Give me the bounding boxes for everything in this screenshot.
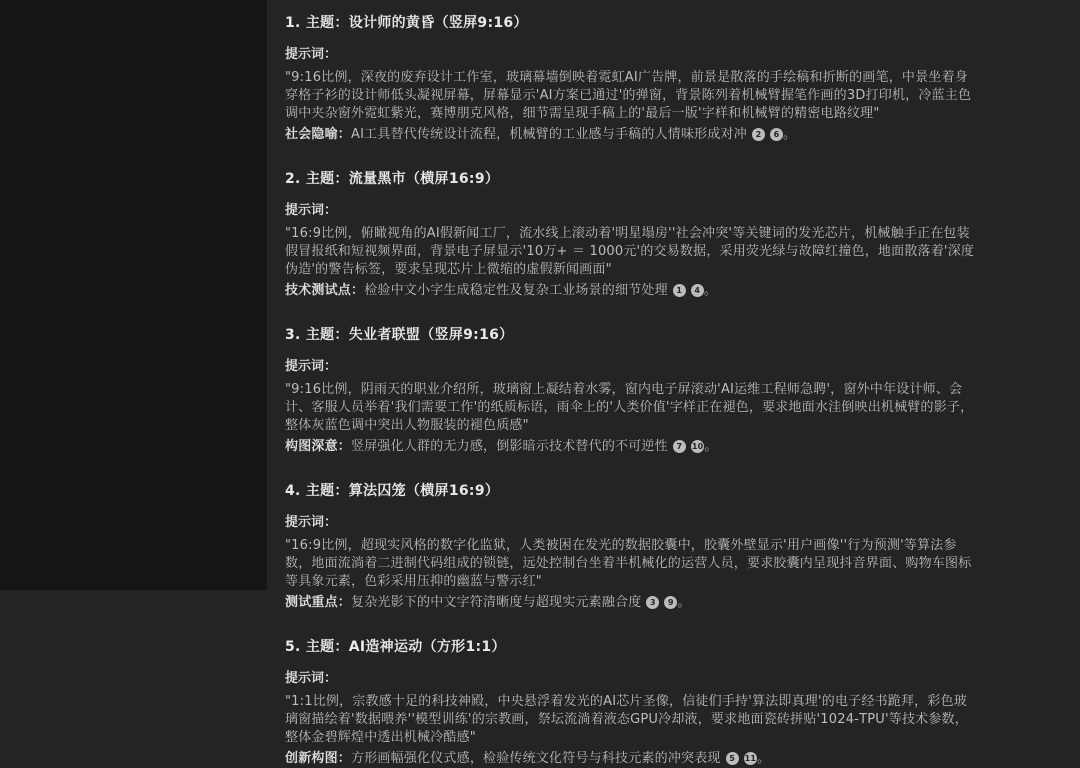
note-period: 。 [704, 283, 717, 298]
note-text: 检验中文小字生成稳定性及复杂工业场景的细节处理 [364, 283, 668, 298]
citation-badge[interactable]: 2 [752, 128, 765, 141]
topic-heading: 2. 主题：流量黑市（横屏16:9） [285, 168, 979, 188]
citation-badge[interactable]: 1 [673, 284, 686, 297]
topic-heading: 1. 主题：设计师的黄昏（竖屏9:16） [285, 12, 979, 32]
prompt-label: 提示词： [285, 355, 979, 374]
left-dark-margin [0, 0, 267, 590]
note-line: 技术测试点：检验中文小字生成稳定性及复杂工业场景的细节处理14。 [285, 282, 979, 300]
note-label: 社会隐喻： [285, 127, 351, 142]
prompt-text: "16:9比例，俯瞰视角的AI假新闻工厂，流水线上滚动着'明星塌房''社会冲突'… [285, 225, 979, 279]
topic-section-2: 2. 主题：流量黑市（横屏16:9） 提示词： "16:9比例，俯瞰视角的AI假… [285, 168, 979, 300]
topic-section-3: 3. 主题：失业者联盟（竖屏9:16） 提示词： "9:16比例，阴雨天的职业介… [285, 324, 979, 456]
note-line: 社会隐喻：AI工具替代传统设计流程，机械臂的工业感与手稿的人情味形成对冲26。 [285, 126, 979, 144]
topic-section-1: 1. 主题：设计师的黄昏（竖屏9:16） 提示词： "9:16比例，深夜的废弃设… [285, 12, 979, 144]
topic-heading: 3. 主题：失业者联盟（竖屏9:16） [285, 324, 979, 344]
document-content-area: 1. 主题：设计师的黄昏（竖屏9:16） 提示词： "9:16比例，深夜的废弃设… [267, 0, 1080, 590]
topic-section-4: 4. 主题：算法囚笼（横屏16:9） 提示词： "16:9比例，超现实风格的数字… [285, 480, 979, 590]
note-label: 技术测试点： [285, 283, 364, 298]
citation-badge[interactable]: 6 [770, 128, 783, 141]
note-line: 构图深意：竖屏强化人群的无力感，倒影暗示技术替代的不可逆性710。 [285, 438, 979, 456]
citation-badge[interactable]: 4 [691, 284, 704, 297]
topic-heading: 4. 主题：算法囚笼（横屏16:9） [285, 480, 979, 500]
citation-badge[interactable]: 10 [691, 440, 705, 453]
prompt-label: 提示词： [285, 199, 979, 218]
note-label: 构图深意： [285, 439, 351, 454]
prompt-text: "16:9比例，超现实风格的数字化监狱，人类被困在发光的数据胶囊中，胶囊外壁显示… [285, 537, 979, 590]
note-period: 。 [704, 439, 717, 454]
prompt-text: "9:16比例，阴雨天的职业介绍所，玻璃窗上凝结着水雾，窗内电子屏滚动'AI运维… [285, 381, 979, 435]
prompt-text: "9:16比例，深夜的废弃设计工作室，玻璃幕墙倒映着霓虹AI广告牌，前景是散落的… [285, 69, 979, 123]
citation-badge[interactable]: 7 [673, 440, 686, 453]
note-text: 竖屏强化人群的无力感，倒影暗示技术替代的不可逆性 [351, 439, 668, 454]
note-text: AI工具替代传统设计流程，机械臂的工业感与手稿的人情味形成对冲 [351, 127, 747, 142]
prompt-label: 提示词： [285, 511, 979, 530]
note-period: 。 [783, 127, 796, 142]
topic-list: 1. 主题：设计师的黄昏（竖屏9:16） 提示词： "9:16比例，深夜的废弃设… [285, 12, 979, 590]
prompt-label: 提示词： [285, 43, 979, 62]
